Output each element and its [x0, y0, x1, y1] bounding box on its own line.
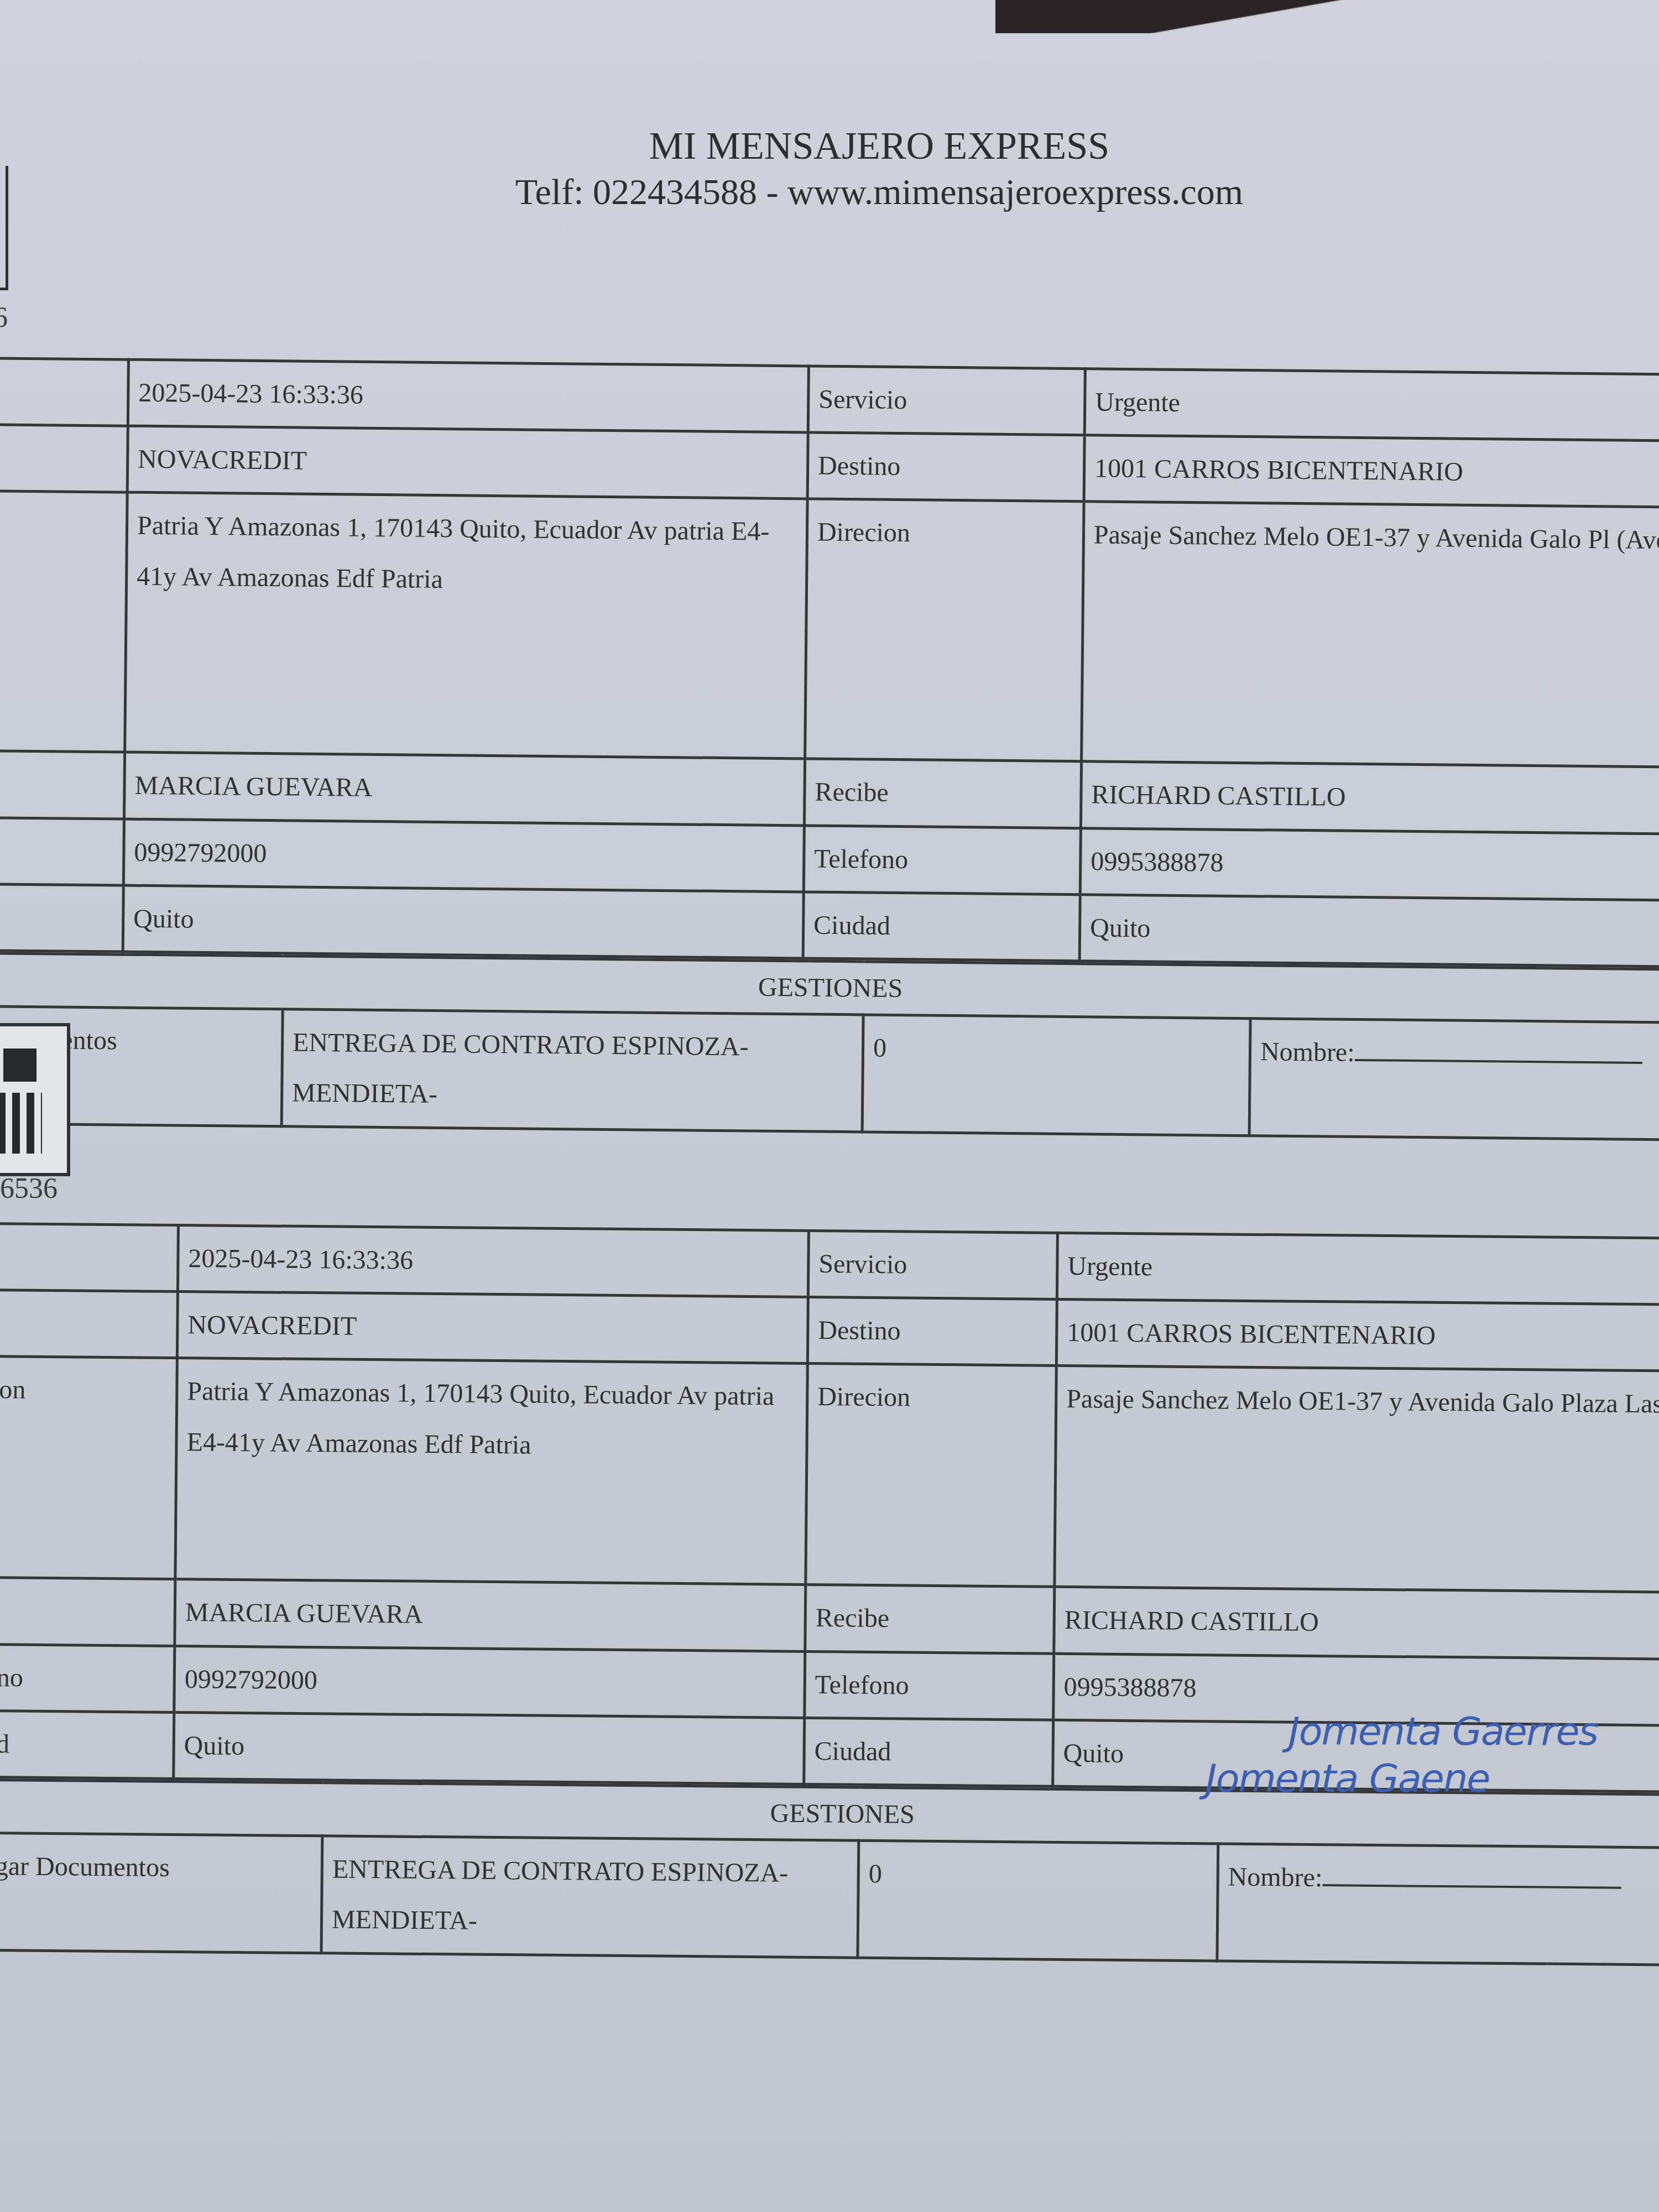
- ciudad-origen-label: [0, 884, 123, 952]
- ciudad-destino-value: Quito: [1079, 894, 1659, 967]
- nombre-field[interactable]: Nombre:: [1217, 1844, 1659, 1965]
- handwritten-signature: Jomenta Gaerres: [1288, 1709, 1598, 1754]
- servicio-label: Servicio: [808, 366, 1085, 435]
- servicio-value: Urgente: [1084, 369, 1659, 441]
- gestion-tipo: gar Documentos: [0, 1833, 322, 1953]
- ciudad-label: Ciudad: [804, 1718, 1053, 1786]
- ciudad-origen-label: d: [0, 1710, 174, 1778]
- direccion-origen-value: Patria Y Amazonas 1, 170143 Quito, Ecuad…: [125, 492, 807, 759]
- telefono-destino-value: 0995388878: [1080, 828, 1659, 900]
- gestiones-table: GESTIONES Documentos ENTREGA DE CONTRATO…: [0, 952, 1659, 1141]
- destino-label: Destino: [807, 1297, 1057, 1366]
- table-row: on Patria Y Amazonas 1, 170143 Quito, Ec…: [0, 1357, 1659, 1593]
- remitente-value: NOVACREDIT: [127, 426, 808, 499]
- waybill-copy-2: 2025-04-23 16:33:36 Servicio Urgente NOV…: [0, 1222, 1659, 1966]
- direccion-origen-label: on: [0, 1357, 177, 1579]
- label-cell: [0, 1578, 175, 1646]
- destino-value: 1001 CARROS BICENTENARIO: [1056, 1300, 1659, 1371]
- fecha-value: 2025-04-23 16:33:36: [178, 1225, 808, 1297]
- handwritten-signature-line-2: Jomenta Gaene: [1206, 1756, 1489, 1801]
- destino-label: Destino: [807, 432, 1084, 502]
- shipment-table: 2025-04-23 16:33:36 Servicio Urgente NOV…: [0, 357, 1659, 968]
- table-row: Documentos ENTREGA DE CONTRATO ESPINOZA-…: [0, 1006, 1659, 1140]
- telefono-label: Telefono: [805, 1651, 1054, 1720]
- telefono-origen-value: 0992792000: [123, 819, 804, 892]
- nombre-field[interactable]: Nombre:: [1249, 1019, 1659, 1140]
- ciudad-origen-value: Quito: [174, 1712, 805, 1784]
- label-cell: [0, 425, 128, 493]
- gestion-cantidad: 0: [862, 1015, 1250, 1135]
- shipment-table: 2025-04-23 16:33:36 Servicio Urgente NOV…: [0, 1222, 1659, 1793]
- destino-value: 1001 CARROS BICENTENARIO: [1084, 435, 1659, 508]
- remitente-value: NOVACREDIT: [177, 1292, 808, 1364]
- company-name: MI MENSAJERO EXPRESS: [50, 124, 1659, 169]
- direccion-origen-value: Patria Y Amazonas 1, 170143 Quito, Ecuad…: [175, 1358, 807, 1585]
- telefono-origen-label: no: [0, 1644, 175, 1712]
- envia-value: MARCIA GUEVARA: [175, 1579, 806, 1651]
- telefono-origen-label: [0, 817, 124, 885]
- label-cell: [0, 1224, 178, 1292]
- tracking-number: 6: [0, 301, 8, 334]
- recibe-value: RICHARD CASTILLO: [1054, 1587, 1659, 1659]
- servicio-value: Urgente: [1057, 1233, 1659, 1305]
- ciudad-origen-value: Quito: [123, 885, 804, 958]
- waybill-copy-1: 2025-04-23 16:33:36 Servicio Urgente NOV…: [0, 357, 1659, 1141]
- direccion-origen-label: [0, 491, 127, 753]
- telefono-origen-value: 0992792000: [174, 1646, 805, 1718]
- background-shadow: [995, 0, 1659, 33]
- recibe-value: RICHARD CASTILLO: [1081, 761, 1659, 834]
- tracking-number: 6536: [0, 1172, 58, 1205]
- telefono-label: Telefono: [804, 825, 1081, 894]
- gestion-cantidad: 0: [858, 1840, 1218, 1960]
- gestiones-table: GESTIONES gar Documentos ENTREGA DE CONT…: [0, 1778, 1659, 1966]
- envia-value: MARCIA GUEVARA: [124, 752, 805, 825]
- qr-code-icon: [0, 1048, 42, 1154]
- fecha-value: 2025-04-23 16:33:36: [128, 359, 808, 432]
- direccion-label: Direcion: [806, 1364, 1056, 1587]
- label-cell: [0, 1290, 178, 1358]
- recibe-label: Recibe: [805, 1585, 1055, 1653]
- nombre-label: Nombre:: [1228, 1863, 1323, 1892]
- direccion-label: Direcion: [805, 499, 1084, 761]
- gestion-descripcion: ENTREGA DE CONTRATO ESPINOZA- MENDIETA-: [281, 1009, 863, 1131]
- table-row: Patria Y Amazonas 1, 170143 Quito, Ecuad…: [0, 491, 1659, 768]
- table-row: gar Documentos ENTREGA DE CONTRATO ESPIN…: [0, 1833, 1659, 1965]
- nombre-label: Nombre:: [1260, 1037, 1355, 1067]
- label-cell: [0, 751, 125, 819]
- recibe-label: Recibe: [804, 759, 1081, 828]
- ciudad-label: Ciudad: [803, 892, 1080, 961]
- qr-code: [0, 1023, 70, 1176]
- gestion-descripcion: ENTREGA DE CONTRATO ESPINOZA- MENDIETA-: [321, 1836, 859, 1958]
- company-contact: Telf: 022434588 - www.mimensajeroexpress…: [50, 171, 1659, 213]
- qr-box-edge: [0, 166, 8, 290]
- label-cell: [0, 358, 128, 426]
- servicio-label: Servicio: [808, 1230, 1057, 1299]
- direccion-destino-value: Pasaje Sanchez Melo OE1-37 y Avenida Gal…: [1055, 1366, 1659, 1593]
- direccion-destino-value: Pasaje Sanchez Melo OE1-37 y Avenida Gal…: [1082, 502, 1659, 768]
